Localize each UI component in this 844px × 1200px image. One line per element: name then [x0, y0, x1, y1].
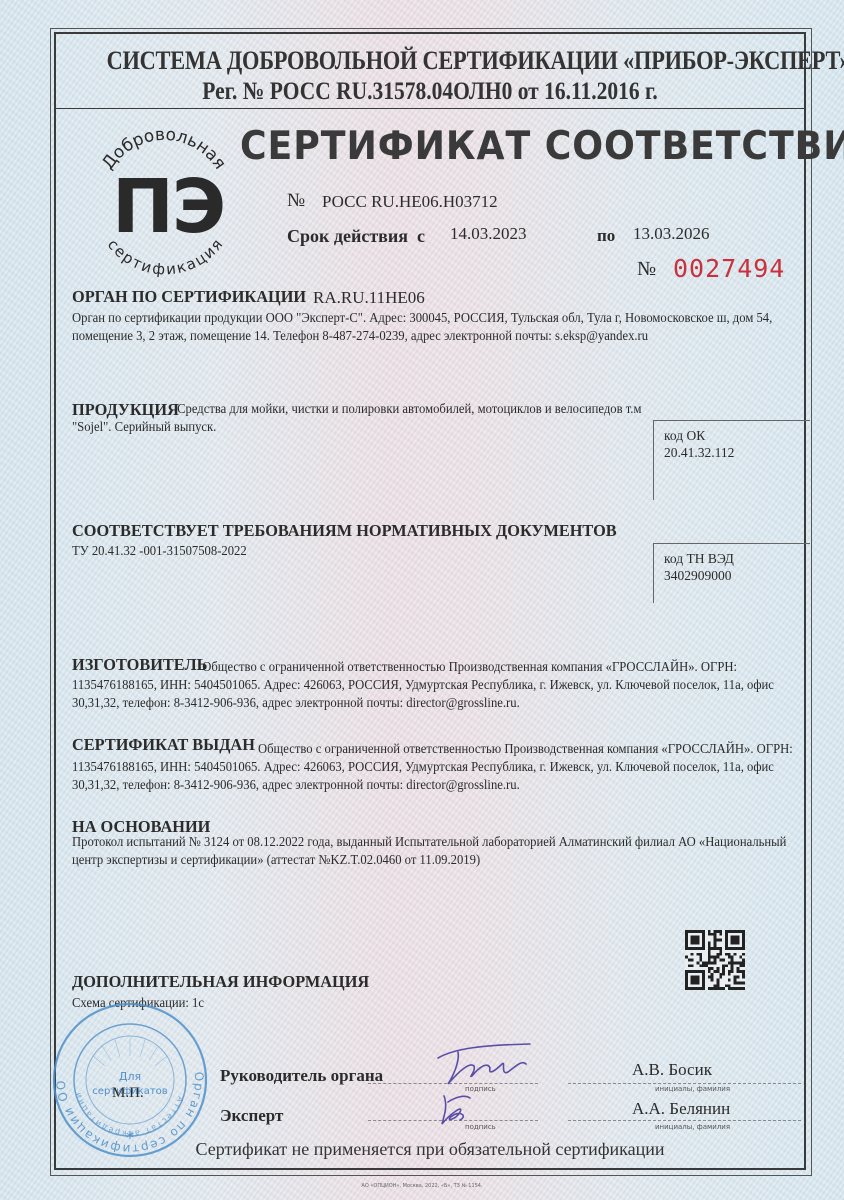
certification-body-code: RA.RU.11НЕ06: [313, 288, 425, 308]
serial-number: 0027494: [673, 254, 785, 283]
seal-place-mark: М.П.: [112, 1085, 144, 1102]
valid-from: 14.03.2023: [450, 224, 527, 244]
certificate-number-label: №: [287, 190, 305, 212]
serial-number-label: №: [637, 258, 656, 281]
ok-code-value: 20.41.32.112: [664, 444, 810, 461]
valid-to: 13.03.2026: [633, 224, 710, 244]
tnved-code-value: 3402909000: [664, 567, 810, 584]
head-of-body-label: Руководитель органа: [220, 1066, 383, 1086]
system-name: СИСТЕМА ДОБРОВОЛЬНОЙ СЕРТИФИКАЦИИ «ПРИБО…: [107, 46, 754, 76]
certificate-number: РОСС RU.НЕ06.Н03712: [322, 192, 498, 212]
expert-name-caption: инициалы, фамилия: [655, 1123, 730, 1131]
expert-name-line: [568, 1120, 801, 1121]
head-name-line: [568, 1083, 801, 1084]
manufacturer-details: Общество с ограниченной ответственностью…: [72, 658, 807, 712]
tnved-code-box: код ТН ВЭД 3402909000: [653, 543, 810, 603]
head-signature-icon: [430, 1040, 540, 1090]
expert-signature-caption: подпись: [465, 1123, 496, 1131]
disclaimer: Сертификат не применяется при обязательн…: [54, 1139, 806, 1160]
basis-details: Протокол испытаний № 3124 от 08.12.2022 …: [72, 833, 807, 869]
stamp-text-1: Для: [119, 1070, 141, 1083]
valid-to-label: по: [597, 226, 615, 246]
ok-code-box: код ОК 20.41.32.112: [653, 420, 810, 500]
validity-label: Срок действия с: [287, 226, 425, 247]
compliance-heading: СООТВЕТСТВУЕТ ТРЕБОВАНИЯМ НОРМАТИВНЫХ ДО…: [72, 521, 617, 541]
header-divider: [54, 108, 806, 109]
tnved-code-label: код ТН ВЭД: [664, 550, 810, 567]
expert-label: Эксперт: [220, 1106, 283, 1126]
ok-code-label: код ОК: [664, 427, 810, 444]
expert-name: А.А. Белянин: [632, 1099, 730, 1119]
product-description: Средства для мойки, чистки и полировки а…: [72, 400, 677, 436]
seal-stamp-icon: Орган по сертификации ООО «Эксперт-С» RA…: [45, 1000, 215, 1160]
logo-mark: ПЭ: [112, 164, 224, 250]
head-name-caption: инициалы, фамилия: [655, 1085, 730, 1093]
certification-body-heading: ОРГАН ПО СЕРТИФИКАЦИИ: [72, 287, 306, 307]
compliance-documents: ТУ 20.41.32 -001-31507508-2022: [72, 542, 247, 560]
head-of-body-name: А.В. Босик: [632, 1060, 712, 1080]
qr-code-icon: [685, 930, 745, 990]
issued-to-details: Общество с ограниченной ответственностью…: [72, 740, 807, 794]
system-registration: Рег. № РОСС RU.31578.04ОЛН0 от 16.11.201…: [107, 78, 754, 106]
certificate-title: СЕРТИФИКАТ СООТВЕТСТВИЯ: [240, 124, 844, 169]
certification-body-details: Орган по сертификации продукции ООО "Экс…: [72, 309, 807, 345]
additional-info-heading: ДОПОЛНИТЕЛЬНАЯ ИНФОРМАЦИЯ: [72, 972, 369, 992]
printer-imprint: АО «ОПЦИОН», Москва, 2022, «Б», ТЗ № 115…: [0, 1183, 844, 1189]
